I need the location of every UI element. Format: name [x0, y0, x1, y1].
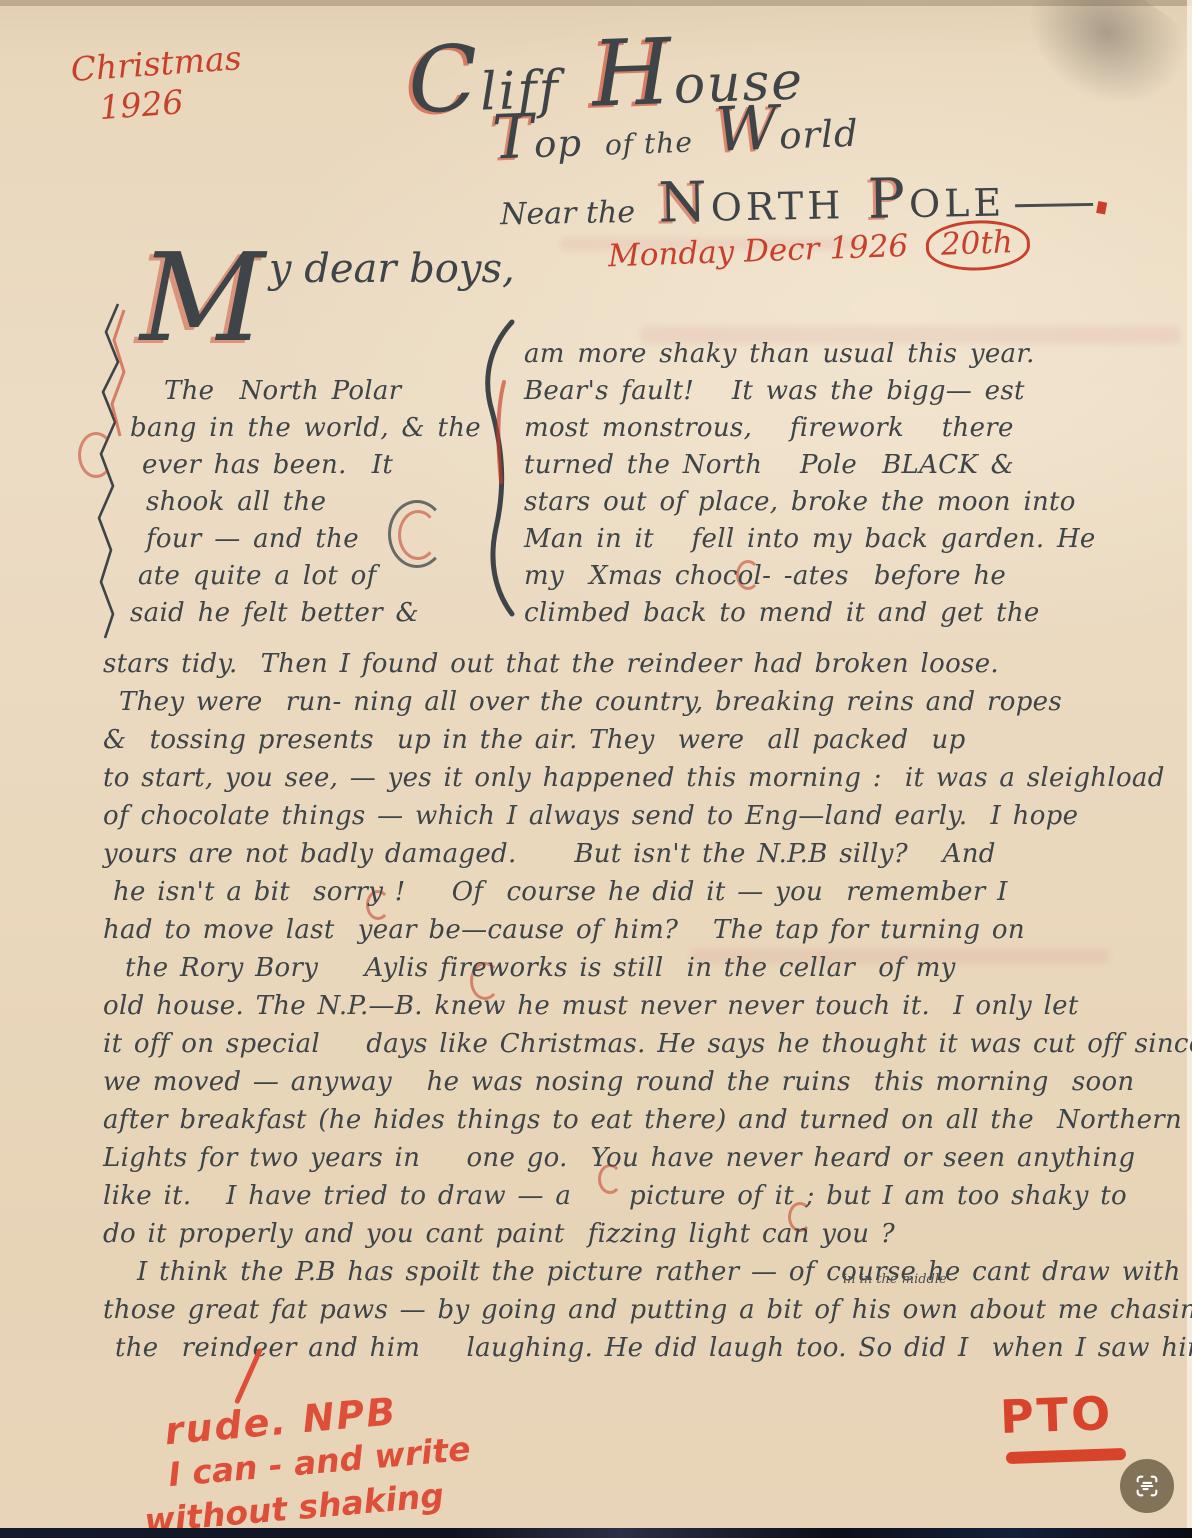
- letter-line: he isn't a bit sorry ! Of course he did …: [103, 873, 1183, 911]
- photo-top-edge: [0, 0, 1192, 6]
- text-scan-button[interactable]: [1120, 1459, 1174, 1513]
- letter-line: They were run- ning all over the country…: [103, 683, 1183, 721]
- letter-line: The North Polar: [130, 373, 510, 410]
- letter-line: the Rory Bory Aylis fireworks is still i…: [103, 949, 1183, 987]
- letter-line: bang in the world, & the: [130, 410, 510, 447]
- salutation: My dear boys,: [140, 250, 511, 350]
- letterhead-subtitle: Top of the World: [491, 89, 870, 173]
- letter-line: had to move last year be—cause of him? T…: [103, 911, 1183, 949]
- letter-line: Lights for two years in one go. You have…: [103, 1139, 1183, 1177]
- date-circled: 20th: [925, 219, 1031, 273]
- pto-mark: PTO: [999, 1386, 1114, 1444]
- red-tick: [1096, 201, 1107, 214]
- letter-line: Man in it fell into my back garden. He: [524, 521, 1174, 558]
- letter-line: stars tidy. Then I found out that the re…: [103, 645, 1183, 683]
- letter-line: to start, you see, — yes it only happene…: [103, 759, 1183, 797]
- opening-right-column: am more shaky than usual this year. Bear…: [524, 336, 1174, 632]
- interlinear-note: in in the middle: [843, 1272, 947, 1287]
- letter-line: my Xmas chocol- -ates before he: [524, 558, 1174, 595]
- letter-line: Bear's fault! It was the bigg— est: [524, 373, 1174, 410]
- pen-swirl: [78, 432, 114, 478]
- letter-body: stars tidy. Then I found out that the re…: [103, 645, 1183, 1367]
- letter-line: turned the North Pole BLACK &: [524, 447, 1174, 484]
- letter-line: the reindeer and him laughing. He did la…: [103, 1329, 1183, 1367]
- location-word: NORTH: [658, 167, 845, 234]
- polar-bear-note: rude. NPB I can - and write without shak…: [163, 1383, 476, 1538]
- photo-bottom-edge: [0, 1528, 1192, 1538]
- letter-page: Christmas 1926 Cliff House Top of the Wo…: [0, 0, 1192, 1538]
- salutation-text: y dear boys,: [269, 246, 515, 292]
- subtitle-word: World: [714, 90, 860, 166]
- letter-line: climbed back to mend it and get the: [524, 595, 1174, 632]
- letter-line: those great fat paws — by going and putt…: [103, 1291, 1183, 1329]
- letter-line: & tossing presents up in the air. They w…: [103, 721, 1183, 759]
- letter-line: it off on special days like Christmas. H…: [103, 1025, 1183, 1063]
- letter-line: after breakfast (he hides things to eat …: [103, 1101, 1183, 1139]
- letter-line: most monstrous, firework there: [524, 410, 1174, 447]
- pto-underline: [1006, 1448, 1126, 1464]
- location-prefix: Near the: [500, 195, 635, 232]
- opening-left-column: The North Polar bang in the world, & the…: [130, 373, 510, 632]
- letter-line: am more shaky than usual this year.: [524, 336, 1174, 373]
- letter-line: ate quite a lot of: [130, 558, 510, 595]
- pencil-smudge: [992, 0, 1192, 143]
- corner-note: Christmas 1926: [69, 38, 245, 130]
- letter-line: shook all the: [130, 484, 510, 521]
- subtitle-word: of the: [604, 126, 693, 162]
- text-scan-icon: [1133, 1472, 1161, 1500]
- letter-line: I think the P.B has spoilt the picture r…: [103, 1253, 1183, 1291]
- letter-line: of chocolate things — which I always sen…: [103, 797, 1183, 835]
- letter-line: said he felt better &: [130, 595, 510, 632]
- letter-line: yours are not badly damaged. But isn't t…: [103, 835, 1183, 873]
- subtitle-word: Top: [491, 99, 583, 173]
- letter-line: we moved — anyway he was nosing round th…: [103, 1063, 1183, 1101]
- pen-dash: [1015, 203, 1093, 207]
- illuminated-initial: M: [140, 227, 265, 369]
- letter-line: old house. The N.P.—B. knew he must neve…: [103, 987, 1183, 1025]
- letter-line: do it properly and you cant paint fizzin…: [103, 1215, 1183, 1253]
- letter-line: like it. I have tried to draw — a pictur…: [103, 1177, 1183, 1215]
- letter-line: stars out of place, broke the moon into: [524, 484, 1174, 521]
- letter-line: four — and the: [130, 521, 510, 558]
- letter-line: ever has been. It: [130, 447, 510, 484]
- date-text: Monday Decr 1926: [607, 228, 908, 274]
